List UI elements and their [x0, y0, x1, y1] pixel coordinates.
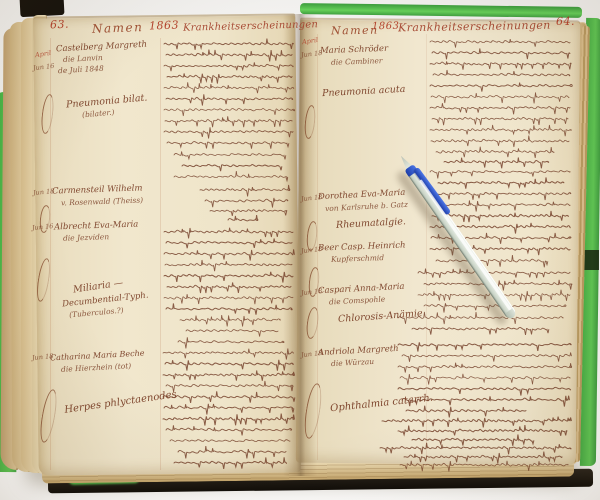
- left-page-column-rule: [160, 38, 161, 470]
- left-header-year: 1863: [149, 18, 179, 32]
- left-page-number: 63.: [50, 18, 69, 32]
- right-entry3-sub: Kupferschmid: [331, 253, 384, 264]
- right-entry1-sub: die Cambiner: [331, 56, 383, 67]
- right-header-year: 1863: [372, 21, 400, 32]
- left-entry3-sub: die Jezviden: [63, 232, 109, 243]
- photo-open-ledger-book: 63. Namen 1863 Krankheitserscheinungen A…: [0, 0, 600, 500]
- book-cover-top-edge: [300, 3, 582, 18]
- left-header-names: Namen: [92, 20, 144, 36]
- right-page-number: 64.: [556, 15, 575, 28]
- right-header-title: Krankheitserscheinungen: [398, 19, 551, 35]
